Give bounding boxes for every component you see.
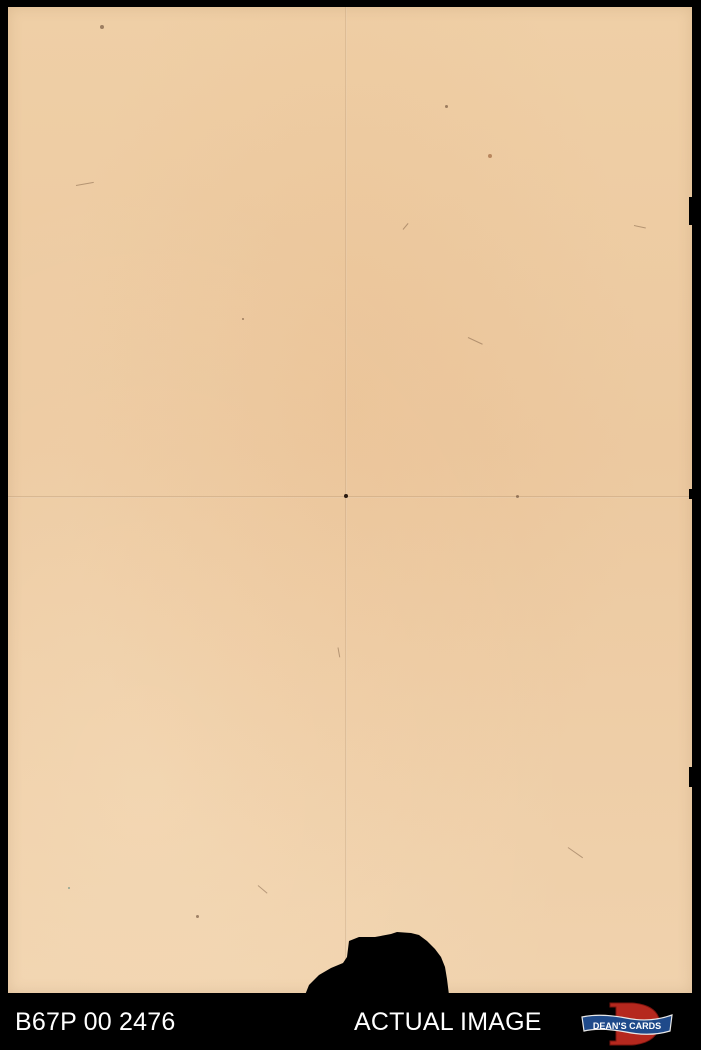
paper-fiber (76, 182, 94, 186)
paper-sheet (8, 7, 692, 993)
paper-fiber (634, 225, 646, 228)
paper-fiber (568, 847, 583, 858)
paper-speck (488, 154, 492, 158)
paper-speck (68, 887, 70, 889)
paper-fiber (338, 647, 341, 657)
certification-id: B67P 00 2476 (15, 1008, 175, 1037)
edge-notch (689, 489, 692, 499)
deans-cards-logo: DEAN'S CARDS (580, 1001, 675, 1047)
paper-fiber (403, 223, 409, 230)
fold-intersection-mark (344, 494, 348, 498)
horizontal-fold-line (8, 496, 692, 498)
paper-speck (196, 915, 199, 918)
paper-speck (242, 318, 244, 320)
paper-fiber (258, 885, 268, 893)
torn-hole (295, 925, 470, 995)
paper-speck (516, 495, 519, 498)
paper-speck (445, 105, 448, 108)
paper-fiber (468, 337, 483, 345)
edge-notch (689, 197, 692, 225)
caption-bar: B67P 00 2476 ACTUAL IMAGE DEAN'S CARDS (0, 995, 701, 1050)
paper-speck (100, 25, 104, 29)
actual-image-label: ACTUAL IMAGE (354, 1008, 542, 1037)
edge-notch (689, 767, 692, 787)
vertical-fold-line (345, 7, 347, 993)
logo-text: DEAN'S CARDS (593, 1021, 661, 1031)
